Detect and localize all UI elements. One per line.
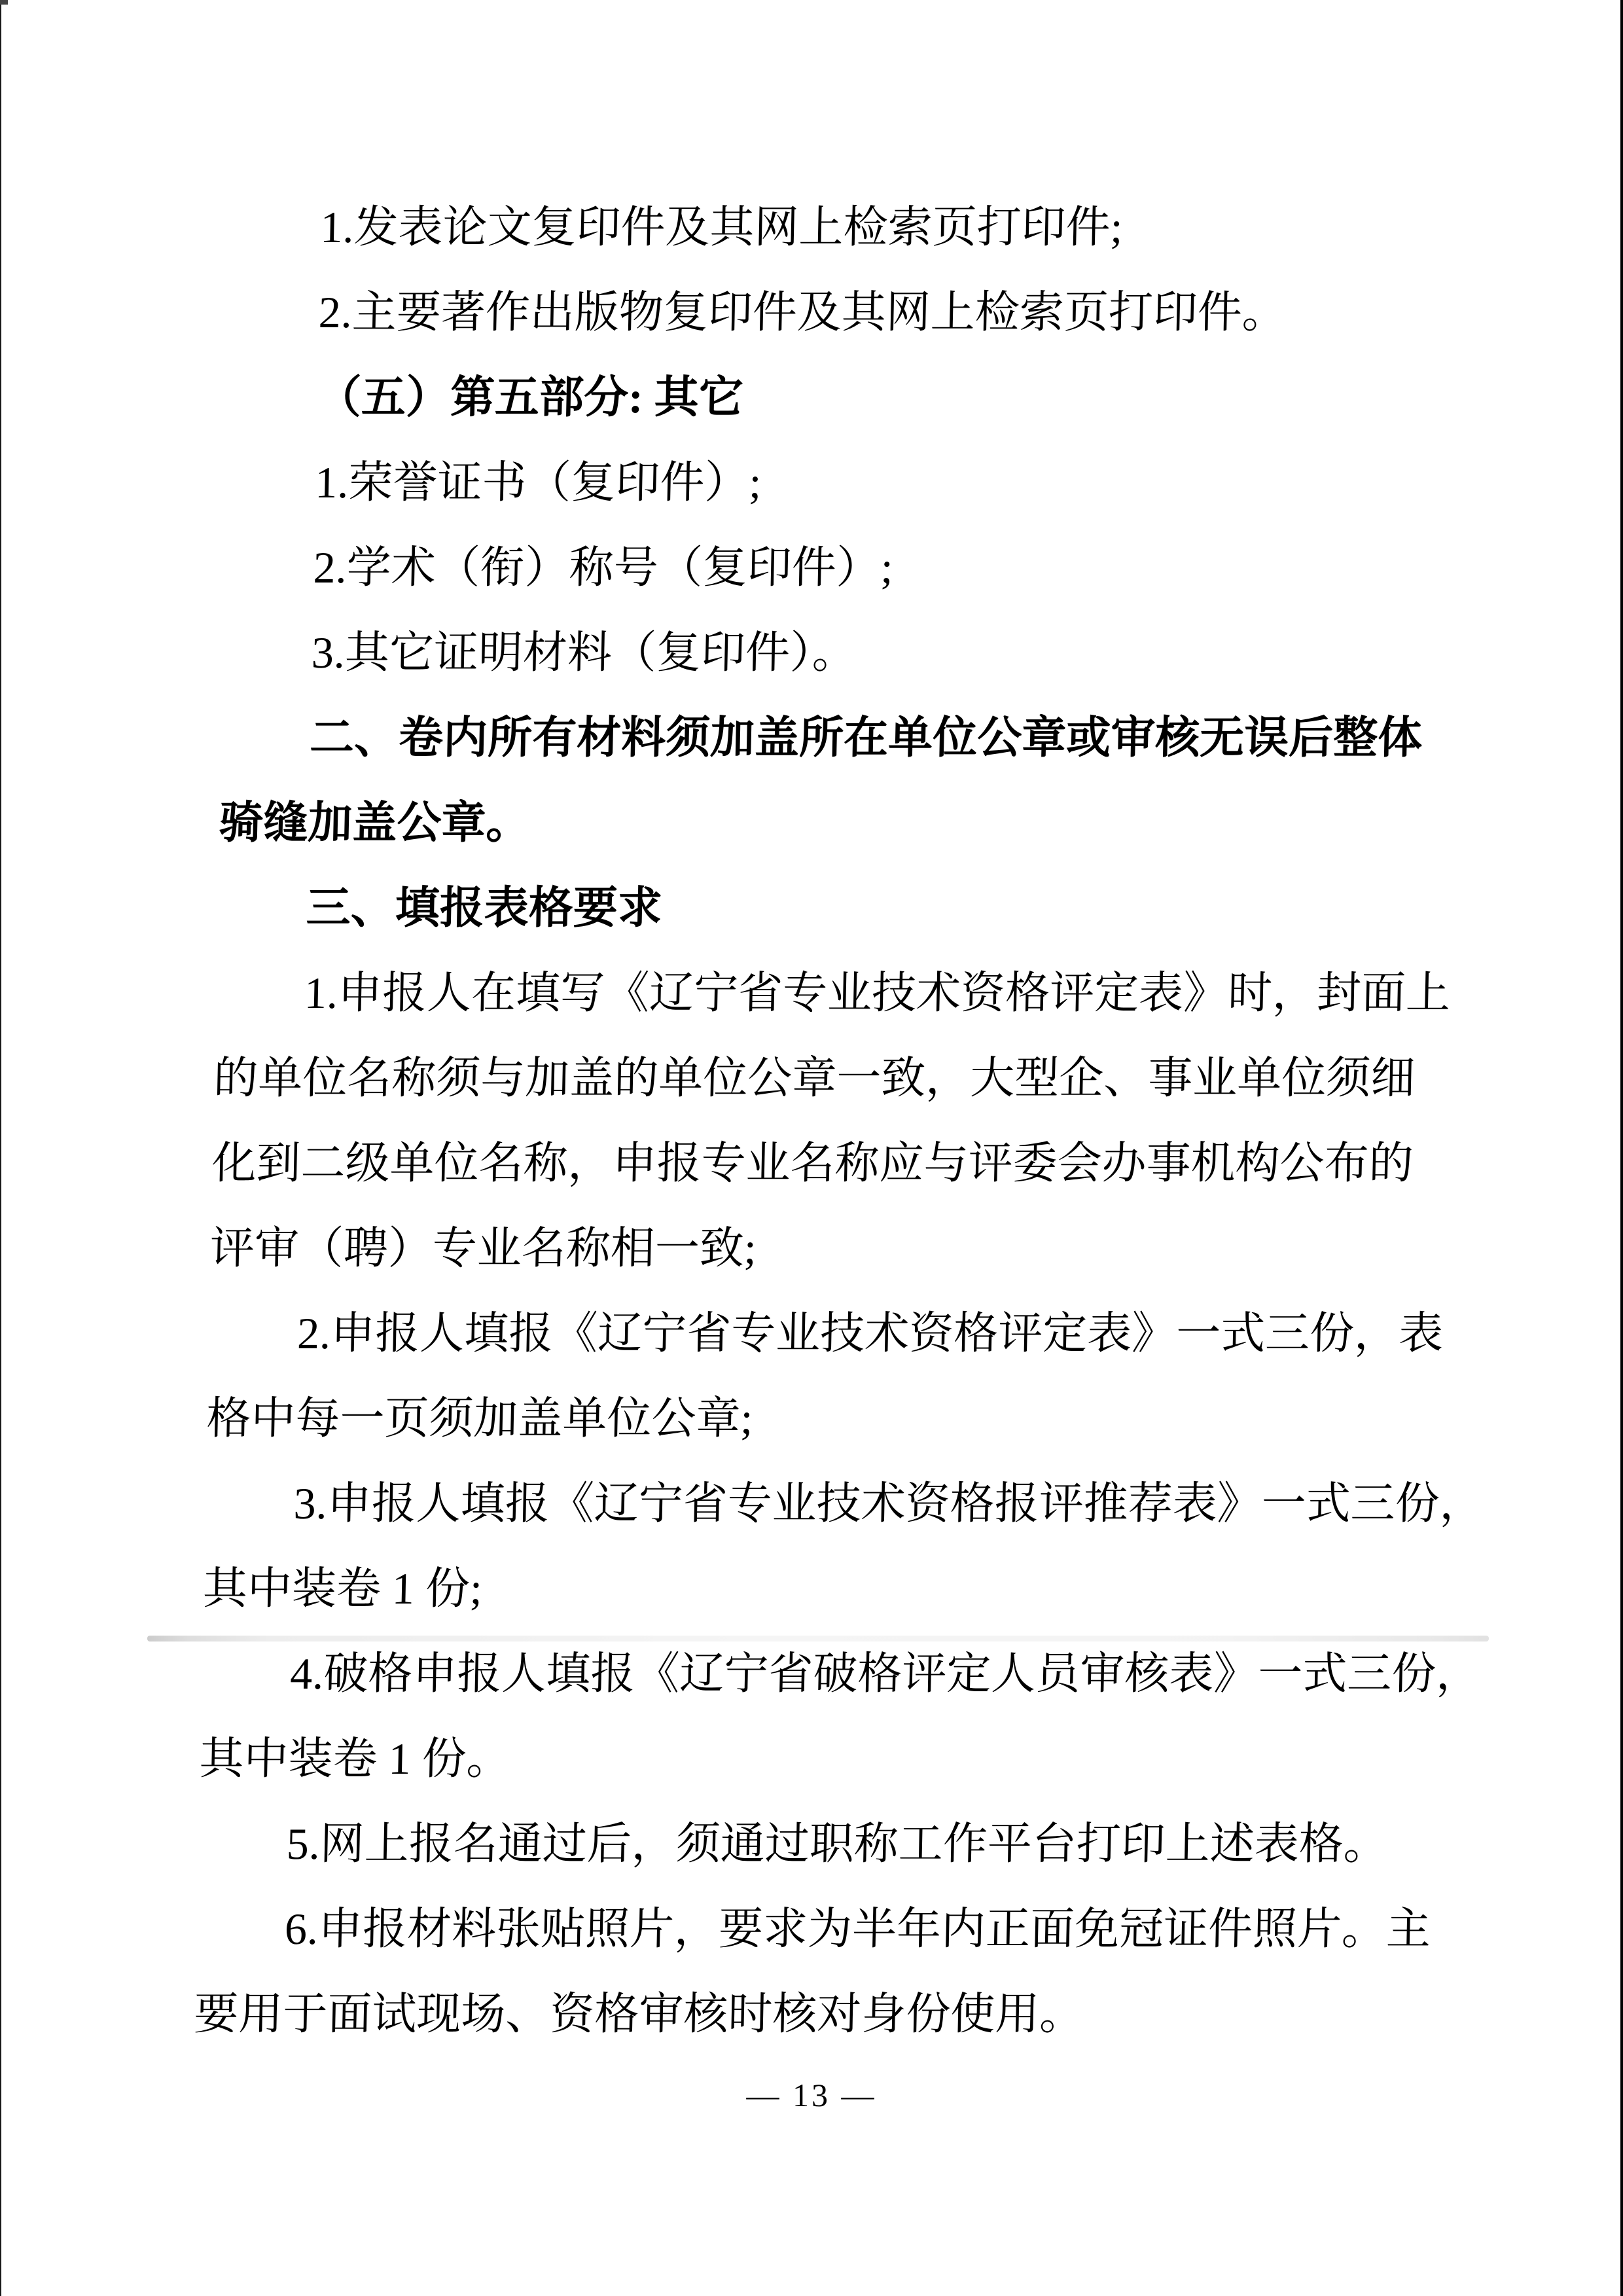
text-line: 6.申报材料张贴照片，要求为半年内正面免冠证件照片。主 bbox=[195, 1886, 1460, 1971]
text-line: 1.荣誉证书（复印件）; bbox=[225, 440, 1490, 525]
scan-edge-left-line bbox=[0, 0, 1, 2296]
text-line: （五）第五部分: 其它 bbox=[227, 355, 1492, 440]
page-number: — 13 — bbox=[0, 2076, 1623, 2114]
text-line: 3.其它证明材料（复印件）。 bbox=[222, 610, 1487, 695]
scan-edge-right-line bbox=[1620, 0, 1623, 2296]
text-line: 1.申报人在填写《辽宁省专业技术资格评定表》时，封面上 bbox=[215, 950, 1480, 1035]
text-line: 要用于面试现场、资格审核时核对身份使用。 bbox=[193, 1971, 1458, 2056]
text-block: 1.发表论文复印件及其网上检索页打印件;2.主要著作出版物复印件及其网上检索页打… bbox=[193, 185, 1495, 2056]
text-line: 评审（聘）专业名称相一致; bbox=[209, 1206, 1474, 1291]
scan-corner-speck bbox=[0, 0, 8, 5]
text-line: 2.学术（衔）称号（复印件）; bbox=[223, 525, 1488, 610]
text-line: 2.主要著作出版物复印件及其网上检索页打印件。 bbox=[229, 270, 1494, 355]
text-line: 格中每一页须加盖单位公章; bbox=[205, 1376, 1471, 1461]
text-line: 其中装卷 1 份; bbox=[202, 1546, 1467, 1631]
text-line: 三、填报表格要求 bbox=[216, 865, 1481, 950]
text-line: 1.发表论文复印件及其网上检索页打印件; bbox=[230, 185, 1495, 270]
text-line: 3.申报人填报《辽宁省专业技术资格报评推荐表》一式三份， bbox=[204, 1461, 1469, 1546]
text-line: 4.破格申报人填报《辽宁省破格评定人员审核表》一式三份， bbox=[200, 1631, 1465, 1716]
text-line: 的单位名称须与加盖的单位公章一致，大型企、事业单位须细 bbox=[213, 1035, 1478, 1121]
text-line: 骑缝加盖公章。 bbox=[218, 780, 1483, 865]
text-line: 化到二级单位名称，申报专业名称应与评委会办事机构公布的 bbox=[211, 1121, 1476, 1206]
text-line: 5.网上报名通过后，须通过职称工作平台打印上述表格。 bbox=[196, 1801, 1461, 1886]
text-line: 2.申报人填报《辽宁省专业技术资格评定表》一式三份，表 bbox=[207, 1291, 1472, 1376]
document-page: 1.发表论文复印件及其网上检索页打印件;2.主要著作出版物复印件及其网上检索页打… bbox=[0, 0, 1623, 2296]
text-line: 其中装卷 1 份。 bbox=[198, 1716, 1463, 1801]
text-line: 二、卷内所有材料须加盖所在单位公章或审核无误后整体 bbox=[220, 695, 1485, 780]
